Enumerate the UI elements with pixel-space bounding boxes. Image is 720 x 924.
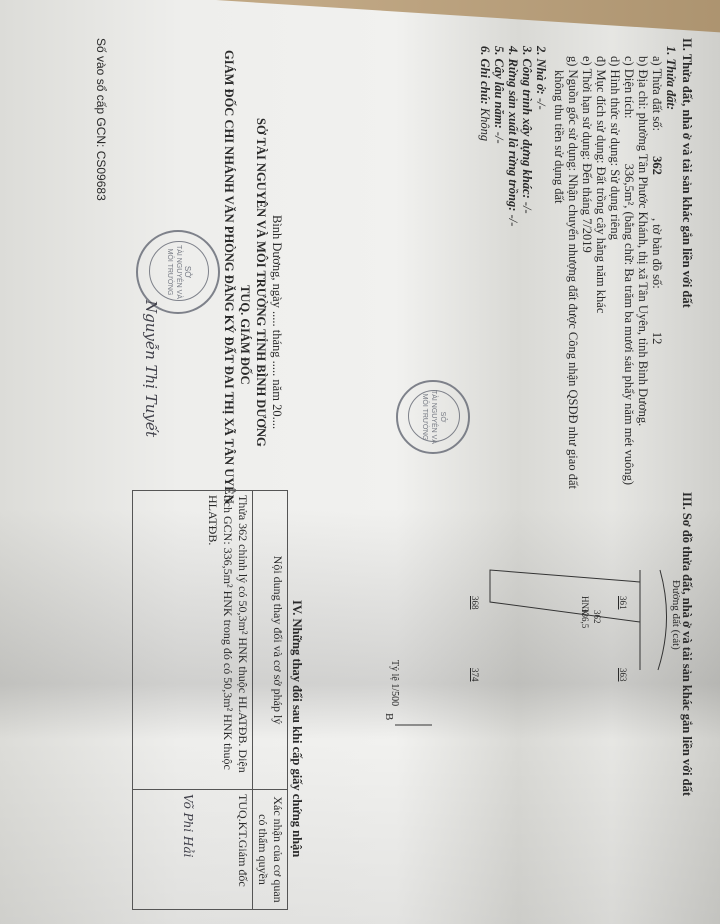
area-line: c) Diện tích: 336,5m², (bằng chữ: Ba tră…	[620, 56, 636, 485]
parcel-number: 362	[650, 156, 664, 175]
item-label: 2. Nhà ở:	[534, 46, 548, 95]
stamp-line: MÔI TRƯỜNG	[164, 232, 173, 312]
date-line: Bình Dương, ngày ..... tháng ..... năm 2…	[268, 215, 284, 429]
stamp-line: SỞ	[437, 382, 446, 452]
item-label: 3. Công trình xây dựng khác:	[520, 46, 534, 199]
col-change-content: Nội dung thay đổi và cơ sở pháp lý	[253, 491, 288, 790]
item-house: 2. Nhà ở: -/-	[532, 46, 548, 110]
item-planted-forest: 4. Rừng sản xuất là rừng trồng: -/-	[504, 46, 520, 226]
signer-signature: Nguyễn Thị Tuyết	[141, 300, 160, 437]
item-other-construction: 3. Công trình xây dựng khác: -/-	[518, 46, 534, 214]
gcn-registry-number: Số vào sổ cấp GCN: CS09683	[93, 38, 108, 201]
address-line: b) Địa chỉ: phường Tân Phước Khánh, thị …	[634, 56, 650, 426]
item-label: 4. Rừng sản xuất là rừng trồng:	[506, 46, 520, 211]
area-label: c) Diện tích:	[622, 56, 636, 118]
item-perennial-trees: 5. Cây lâu năm: -/-	[490, 46, 506, 144]
map-sheet-number: 12	[650, 332, 664, 345]
parcel-sketch	[450, 560, 680, 740]
stamp-line: MÔI TRƯỜNG	[419, 382, 428, 452]
item-value: -/-	[492, 132, 506, 144]
origin-line-cont: không thu tiền sử dụng đất	[550, 70, 566, 204]
confirmation-cell: TUQ.KT.Giám đốc Võ Phi Hải	[133, 790, 253, 910]
confirmation-signer: Võ Phi Hải	[180, 794, 195, 905]
usage-purpose-line: đ) Mục đích sử dụng: Đất trồng cây hằng …	[592, 56, 608, 313]
item-notes: 6. Ghi chú: Không	[476, 46, 492, 141]
stamp-line: TÀI NGUYÊN VÀ	[173, 232, 182, 312]
area-value: 336,5m², (bằng chữ: Ba trăm ba mươi sáu …	[622, 164, 636, 485]
road-label: Đường đất (cát)	[668, 580, 682, 650]
parcel-area-label: 336,5	[579, 608, 590, 628]
neighbor-363: 363	[617, 668, 628, 682]
parcel-label: a) Thửa đất số:	[650, 56, 664, 131]
section-iv-heading: IV. Những thay đổi sau khi cấp giấy chứn…	[288, 600, 304, 857]
stamp-line: SỞ	[182, 232, 192, 312]
item-label: 5. Cây lâu năm:	[492, 46, 506, 129]
item-value: Không	[478, 108, 492, 141]
item-value: -/-	[520, 202, 534, 214]
origin-line: g) Nguồn gốc sử dụng: Nhận chuyển nhượng…	[564, 56, 580, 489]
map-sheet-label: , tờ bản đồ số:	[650, 218, 664, 289]
stamp-line: TÀI NGUYÊN VÀ	[428, 382, 437, 452]
official-stamp-faded: SỞ TÀI NGUYÊN VÀ MÔI TRƯỜNG	[396, 380, 470, 454]
road-edge	[658, 570, 667, 670]
land-title: 1. Thửa đất:	[662, 46, 678, 110]
confirmation-role: TUQ.KT.Giám đốc	[235, 794, 250, 905]
changes-table: Nội dung thay đổi và cơ sở pháp lý Xác n…	[132, 490, 288, 910]
neighbor-361: 361	[617, 596, 628, 610]
col-confirmation: Xác nhận của cơ quan có thẩm quyền	[253, 790, 288, 910]
item-value: -/-	[534, 98, 548, 110]
neighbor-374: 374	[469, 668, 480, 682]
usage-form-line: d) Hình thức sử dụng: Sử dụng riêng	[606, 56, 622, 240]
map-scale: Tỷ lệ 1/500	[388, 660, 401, 706]
change-content-cell: Thửa 362 chỉnh lý có 50,3m² HNK thuộc HL…	[133, 491, 253, 790]
parcel-line: a) Thửa đất số: 362 , tờ bản đồ số: 12	[648, 56, 664, 344]
item-label: 6. Ghi chú:	[478, 46, 492, 105]
section-ii-heading: II. Thửa đất, nhà ở và tài sản khác gắn …	[678, 38, 694, 308]
usage-term-line: e) Thời hạn sử dụng: Đến tháng 7/2019	[578, 56, 594, 253]
tuq-director: TUQ. GIÁM ĐỐC	[236, 285, 252, 385]
north-label: B	[381, 713, 395, 720]
item-value: -/-	[506, 215, 520, 227]
neighbor-368: 368	[469, 596, 480, 610]
issuing-org: SỞ TÀI NGUYÊN VÀ MÔI TRƯỜNG TỈNH BÌNH DƯ…	[252, 118, 268, 447]
signer-position: GIÁM ĐỐC CHI NHÁNH VĂN PHÒNG ĐĂNG KÝ ĐẤT…	[220, 50, 236, 504]
land-certificate-page: II. Thửa đất, nhà ở và tài sản khác gắn …	[0, 0, 720, 924]
parcel-number-label: 362	[591, 610, 602, 624]
